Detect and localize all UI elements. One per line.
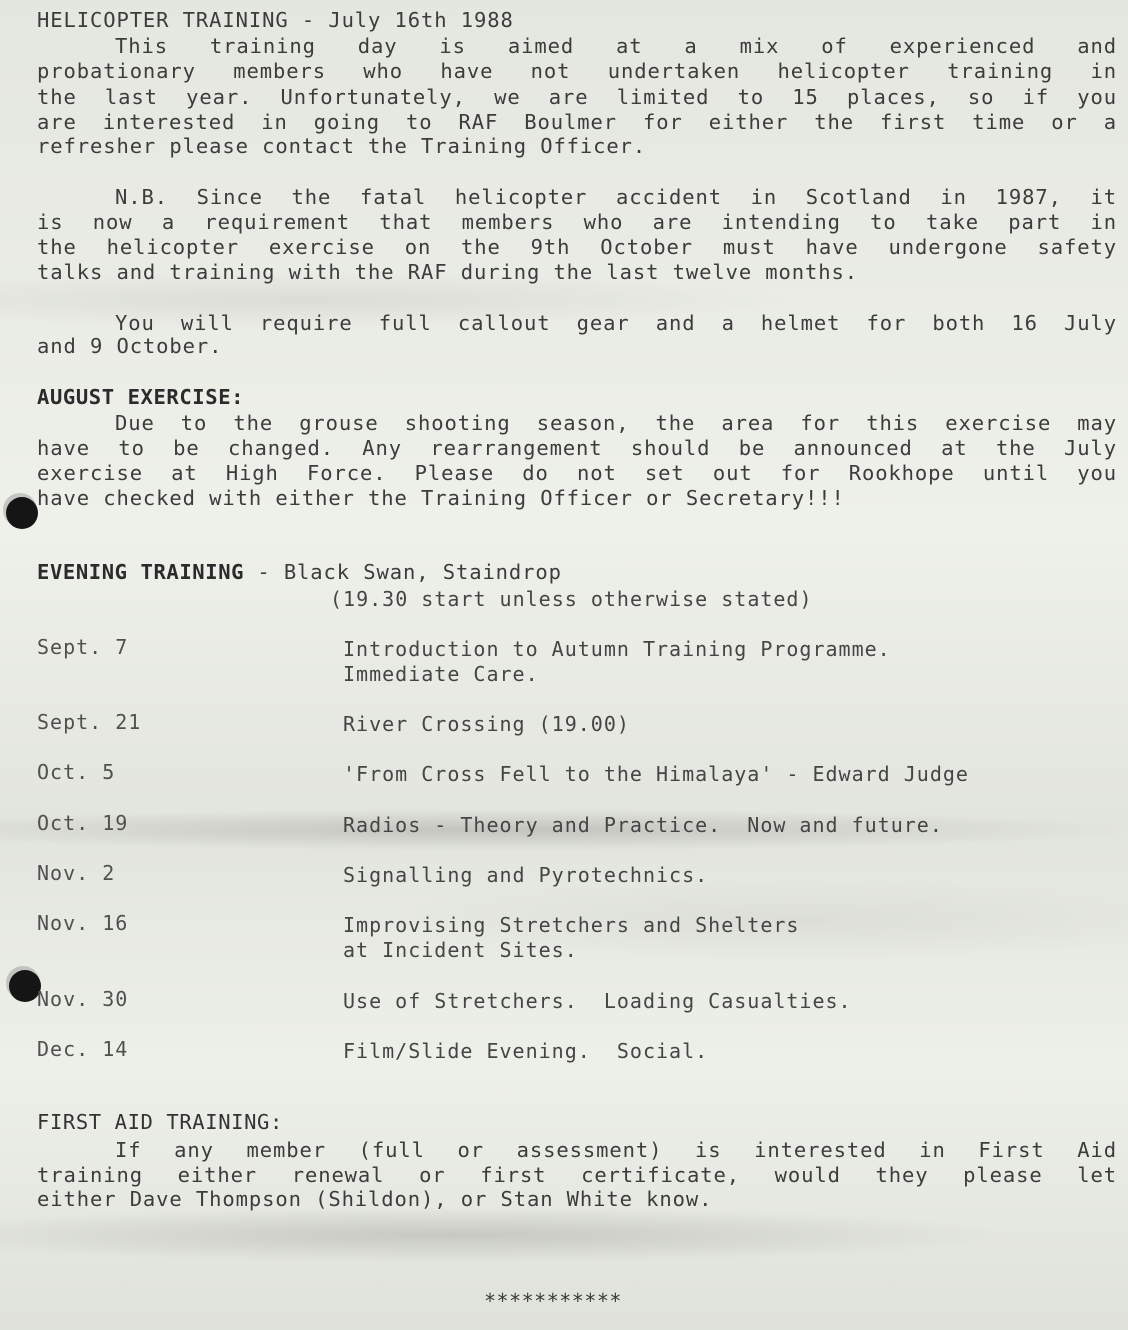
schedule-description: Introduction to Autumn Training Programm… <box>343 637 891 662</box>
helicopter-para1-line: refresher please contact the Training Of… <box>37 134 1117 159</box>
august-para-line: have to be changed. Any rearrangement sh… <box>37 436 1117 461</box>
evening-title: EVENING TRAINING <box>37 560 244 584</box>
august-para-line: have checked with either the Training Of… <box>37 486 1117 511</box>
schedule-date: Oct. 5 <box>37 760 115 785</box>
helicopter-para1-line: are interested in going to RAF Boulmer f… <box>37 110 1117 135</box>
first-aid-para-line: either Dave Thompson (Shildon), or Stan … <box>37 1187 1117 1212</box>
punch-hole-top <box>6 497 38 529</box>
schedule-description: Improvising Stretchers and Shelters <box>343 913 799 938</box>
schedule-date: Sept. 21 <box>37 710 141 735</box>
august-para-line: exercise at High Force. Please do not se… <box>37 461 1117 486</box>
helicopter-para1-line: the last year. Unfortunately, we are lim… <box>37 85 1117 110</box>
schedule-description: Use of Stretchers. Loading Casualties. <box>343 989 852 1014</box>
helicopter-para1-line: This training day is aimed at a mix of e… <box>37 34 1117 59</box>
schedule-date: Dec. 14 <box>37 1037 128 1062</box>
schedule-date: Oct. 19 <box>37 811 128 836</box>
first-aid-para-line: training either renewal or first certifi… <box>37 1163 1117 1188</box>
schedule-description: 'From Cross Fell to the Himalaya' - Edwa… <box>343 762 969 787</box>
evening-note: (19.30 start unless otherwise stated) <box>330 587 813 612</box>
schedule-description: Radios - Theory and Practice. Now and fu… <box>343 813 943 838</box>
helicopter-para2-line: N.B. Since the fatal helicopter accident… <box>37 185 1117 210</box>
evening-venue: Black Swan, Staindrop <box>284 560 562 584</box>
evening-header: EVENING TRAINING - Black Swan, Staindrop <box>37 560 1117 585</box>
helicopter-para2-line: the helicopter exercise on the 9th Octob… <box>37 235 1117 260</box>
schedule-description: River Crossing (19.00) <box>343 712 630 737</box>
newsletter-page: HELICOPTER TRAINING - July 16th 1988 Thi… <box>0 0 1128 1330</box>
schedule-description: Immediate Care. <box>343 662 539 687</box>
helicopter-title: HELICOPTER TRAINING - July 16th 1988 <box>37 8 1117 33</box>
evening-separator: - <box>257 560 283 584</box>
schedule-description: at Incident Sites. <box>343 938 578 963</box>
first-aid-para-line: If any member (full or assessment) is in… <box>37 1138 1117 1163</box>
schedule-description: Film/Slide Evening. Social. <box>343 1039 708 1064</box>
august-title: AUGUST EXERCISE: <box>37 385 1117 410</box>
schedule-date: Sept. 7 <box>37 635 128 660</box>
helicopter-para3-line: and 9 October. <box>37 334 1117 359</box>
helicopter-para3-line: You will require full callout gear and a… <box>37 311 1117 336</box>
helicopter-para2-line: is now a requirement that members who ar… <box>37 210 1117 235</box>
schedule-date: Nov. 30 <box>37 987 128 1012</box>
helicopter-para1-line: probationary members who have not undert… <box>37 59 1117 84</box>
august-para-line: Due to the grouse shooting season, the a… <box>37 411 1117 436</box>
helicopter-para2-line: talks and training with the RAF during t… <box>37 260 1117 285</box>
footer-separator: *********** <box>484 1289 622 1313</box>
first-aid-title: FIRST AID TRAINING: <box>37 1110 1117 1135</box>
schedule-date: Nov. 16 <box>37 911 128 936</box>
schedule-date: Nov. 2 <box>37 861 115 886</box>
schedule-description: Signalling and Pyrotechnics. <box>343 863 708 888</box>
